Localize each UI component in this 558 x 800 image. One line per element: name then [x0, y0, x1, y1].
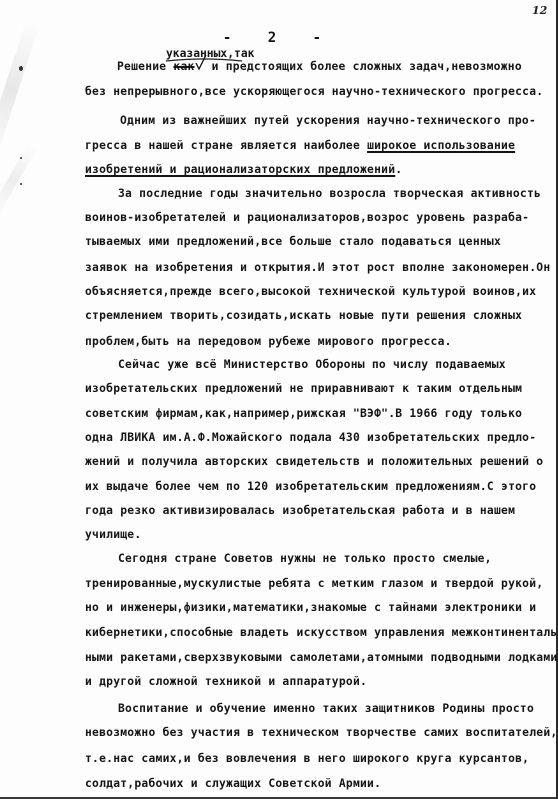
line-text: гресса в нашей стране является наиболее [85, 139, 367, 152]
line-text: . [395, 163, 402, 176]
text-line: Одним из важнейших путей ускорения научн… [120, 114, 536, 127]
text-line: одна ЛВИКА им.А.Ф.Можайского подала 430 … [85, 431, 536, 444]
text-line: воинов-изобретателей и рационализаторов,… [85, 211, 529, 224]
text-line: училище. [85, 528, 141, 541]
text-line: гресса в нашей стране является наиболее … [85, 139, 515, 152]
text-line: стремлением творить,созидать,искать новы… [85, 309, 522, 322]
text-line: т.е.нас самих,и без вовлечения в него ши… [85, 752, 529, 765]
line-text: года резко активизировалась изобретатель… [85, 504, 515, 517]
line-text: жений и получила авторских свидетельств … [85, 455, 543, 468]
line-text: Одним из важнейших путей ускорения научн… [120, 114, 536, 127]
line-text: ными ракетами,сверхзвуковыми самолетами,… [85, 651, 557, 664]
line-text: объясняется,прежде всего,высокой техниче… [85, 285, 536, 298]
punch-mark [19, 66, 23, 71]
text-line: заявок на изобретения и открытия.И этот … [85, 261, 550, 274]
line-text: Решение [117, 60, 173, 73]
text-line: года резко активизировалась изобретатель… [85, 504, 515, 517]
line-text: т.е.нас самих,и без вовлечения в него ши… [85, 752, 529, 765]
text-line: объясняется,прежде всего,высокой техниче… [85, 285, 536, 298]
line-text: Сейчас уже всё Министерство Обороны по ч… [118, 358, 506, 371]
text-line: Воспитание и обучение именно таких защит… [118, 702, 534, 715]
line-text: изобретательских предложений не приравни… [85, 382, 522, 395]
text-line: но и инженеры,физики,математики,знакомые… [85, 601, 536, 614]
text-line: советским фирмам,как,например,рижская "В… [85, 407, 522, 420]
underlined-text: изобретений и рационализаторских предлож… [85, 163, 395, 176]
line-text: невозможно без участия в техническом тво… [85, 726, 557, 739]
text-line: Сейчас уже всё Министерство Обороны по ч… [118, 358, 506, 371]
text-line: без непрерывного,все ускоряющегося научн… [85, 85, 543, 98]
text-line: солдат,рабочих и служащих Советской Арми… [85, 777, 381, 790]
line-text: Воспитание и обучение именно таких защит… [118, 702, 534, 715]
line-text: их выдаче более чем по 120 изобретательс… [85, 480, 536, 493]
line-text: воинов-изобретателей и рационализаторов,… [85, 211, 529, 224]
text-line: и другой сложной техникой и аппаратурой. [85, 675, 367, 688]
document-page: 12 - 2 - указанных,так Решение как и пре… [0, 0, 558, 799]
punch-mark [20, 183, 22, 185]
line-text: тренированные,мускулистые ребята с метки… [85, 577, 543, 590]
line-text: За последние годы значительно возросла т… [118, 187, 541, 200]
text-line: Решение как и предстоящих более сложных … [117, 58, 522, 73]
text-line: изобретений и рационализаторских предлож… [85, 163, 402, 176]
scan-smudge [0, 143, 37, 217]
text-line: изобретательских предложений не приравни… [85, 382, 522, 395]
underlined-text: широкое использование [367, 139, 515, 152]
punch-mark [20, 157, 22, 159]
line-text: кибернетики,способные владеть искусством… [85, 626, 558, 639]
text-line: проблем,быть на передовом рубеже мировог… [85, 335, 452, 348]
line-text: проблем,быть на передовом рубеже мировог… [85, 335, 452, 348]
line-text: советским фирмам,как,например,рижская "В… [85, 407, 522, 420]
insertion-caret-icon [195, 58, 205, 70]
line-text: тываемых ими предложений,все больше стал… [85, 235, 501, 248]
text-line: кибернетики,способные владеть искусством… [85, 626, 558, 639]
text-line: тренированные,мускулистые ребята с метки… [85, 577, 543, 590]
struck-word: как [173, 60, 194, 73]
text-line: За последние годы значительно возросла т… [118, 187, 541, 200]
text-line: невозможно без участия в техническом тво… [85, 726, 557, 739]
text-line: тываемых ими предложений,все больше стал… [85, 235, 501, 248]
line-text: солдат,рабочих и служащих Советской Арми… [85, 777, 381, 790]
line-text: училище. [85, 528, 141, 541]
text-line: жений и получила авторских свидетельств … [85, 455, 543, 468]
line-text: но и инженеры,физики,математики,знакомые… [85, 601, 536, 614]
line-text: стремлением творить,созидать,искать новы… [85, 309, 522, 322]
line-text: Сегодня стране Советов нужны не только п… [118, 552, 492, 565]
line-text: и предстоящих более сложных задач,невозм… [205, 60, 522, 73]
text-line: их выдаче более чем по 120 изобретательс… [85, 480, 536, 493]
text-line: ными ракетами,сверхзвуковыми самолетами,… [85, 651, 557, 664]
text-line: Сегодня стране Советов нужны не только п… [118, 552, 492, 565]
page-number: - 2 - [0, 30, 558, 46]
line-text: заявок на изобретения и открытия.И этот … [85, 261, 550, 274]
line-text: без непрерывного,все ускоряющегося научн… [85, 85, 543, 98]
line-text: одна ЛВИКА им.А.Ф.Можайского подала 430 … [85, 431, 536, 444]
line-text: и другой сложной техникой и аппаратурой. [85, 675, 367, 688]
archive-page-number: 12 [532, 4, 547, 17]
